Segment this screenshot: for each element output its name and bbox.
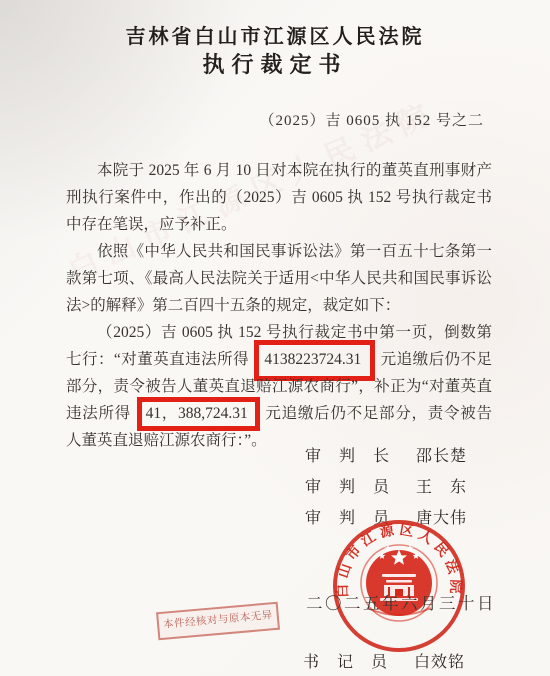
judge-role: 审 判 员 (305, 479, 390, 496)
court-name: 吉林省白山市江源区人民法院 (0, 20, 550, 49)
case-number: （2025）吉 0605 执 152 号之二 (259, 109, 484, 130)
clerk-name: 白效铭 (414, 654, 465, 671)
judge-name: 王 东 (416, 479, 467, 496)
paragraph-legal-basis: 依照《中华人民共和国民事诉讼法》第一百五十七条第一款第七项、《最高人民法院关于适… (66, 238, 492, 319)
presiding-judge-name: 邵长楚 (416, 448, 467, 465)
highlight-box-wrong-amount: 4138223724.31 (254, 340, 375, 381)
clerk-role: 书 记 员 (303, 654, 388, 671)
judge-line: 审 判 员王 东 (305, 472, 467, 503)
document-title: 执行裁定书 (0, 48, 550, 79)
corrected-amount: 41，388,724.31 (146, 405, 248, 422)
paragraph-correction-notice: 本院于 2025 年 6 月 10 日对本院在执行的董英直刑事财产刑执行案件中，… (66, 157, 492, 238)
court-seal-icon: 白山市江源区人民法院 (329, 516, 469, 656)
ruling-document-page: 白山市江源区人民法院 吉林省白山市江源区人民法院 执行裁定书 （2025）吉 0… (0, 0, 550, 676)
wrong-amount: 4138223724.31 (264, 351, 361, 368)
ruling-date: 二〇二五年六月三十日 (306, 590, 496, 614)
presiding-judge-line: 审 判 长邵长楚 (305, 441, 467, 472)
ruling-body: 本院于 2025 年 6 月 10 日对本院在执行的董英直刑事财产刑执行案件中，… (66, 157, 492, 454)
presiding-judge-role: 审 判 长 (305, 448, 390, 465)
highlight-box-corrected-amount: 41，388,724.31 (137, 397, 260, 431)
verification-stamp: 本件经核对与原本无异 (156, 602, 280, 640)
paragraph-ruling: （2025）吉 0605 执 152 号执行裁定书中第一页，倒数第七行：“对董英… (66, 319, 492, 454)
